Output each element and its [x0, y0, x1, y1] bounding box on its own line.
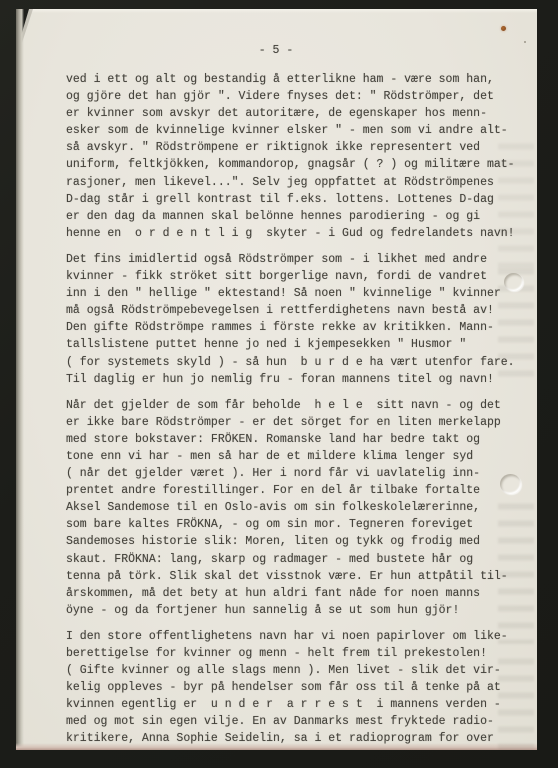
- page-number: - 5 -: [66, 44, 528, 57]
- paragraph: Det fins imidlertid også Rödströmper som…: [66, 251, 528, 388]
- typewritten-text: - 5 - ved i ett og alt og bestandig å et…: [66, 44, 528, 750]
- dust-speck-small: [524, 41, 526, 43]
- paragraph: I den store offentlighetens navn har vi …: [66, 628, 528, 748]
- document-page: - 5 - ved i ett og alt og bestandig å et…: [16, 9, 537, 750]
- dust-speck: [501, 26, 506, 31]
- paper-top-edge: [16, 9, 537, 13]
- text-body: ved i ett og alt og bestandig å etterlik…: [66, 71, 528, 748]
- paragraph: ved i ett og alt og bestandig å etterlik…: [66, 71, 528, 242]
- scanner-bed: - 5 - ved i ett og alt og bestandig å et…: [0, 0, 558, 768]
- paper-left-edge: [16, 9, 24, 750]
- paragraph: Når det gjelder de som får beholde h e l…: [66, 397, 528, 619]
